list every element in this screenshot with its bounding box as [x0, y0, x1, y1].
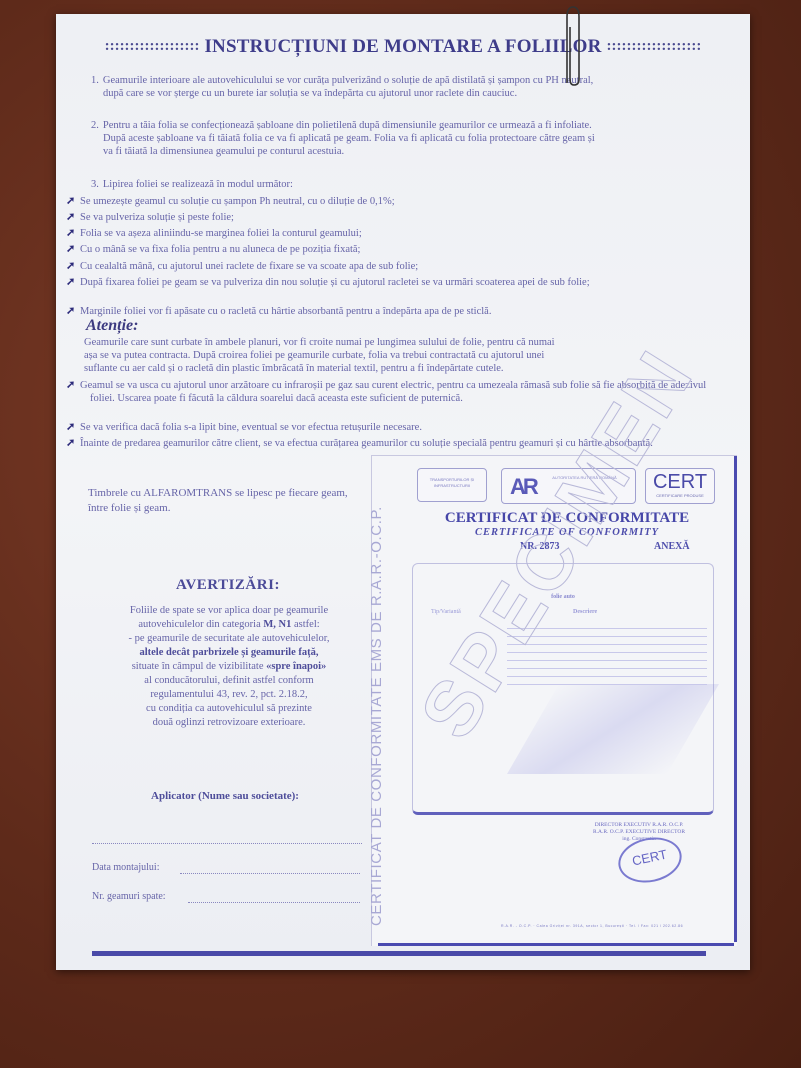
step-line: Pentru a tăia folia se confecționează șa…	[103, 120, 592, 131]
avertizari-line: regulamentului 43, rev. 2, pct. 2.18.2,	[86, 688, 372, 702]
avertizari-line: situate în câmpul de vizibilitate «spre …	[86, 660, 372, 674]
text: situate în câmpul de vizibilitate	[132, 661, 266, 672]
instruction-sheet: ::::::::::::::::::: INSTRUCȚIUNI DE MONT…	[56, 14, 750, 970]
bold-text: «spre înapoi»	[266, 661, 326, 672]
bullet-item: ➚Se va pulveriza soluție și peste folie;	[78, 211, 740, 224]
avertizari-line: autovehiculelor din categoria M, N1 astf…	[86, 618, 372, 632]
avertizari-body: Foliile de spate se vor aplica doar pe g…	[86, 604, 372, 730]
certificate-border	[378, 943, 734, 946]
column-header: Tip/Variantă	[431, 609, 461, 615]
timbrele-note: Timbrele cu ALFAROMTRANS se lipesc pe fi…	[88, 486, 358, 516]
avertizari-line: cu condiția ca autovehiculul să prezinte	[86, 702, 372, 716]
data-montaj-field[interactable]	[180, 873, 360, 874]
aplicator-label: Aplicator (Nume sau societate):	[86, 790, 364, 802]
bullet-text: Marginile foliei vor fi apăsate cu o rac…	[80, 306, 491, 317]
bullet-text: Se umezește geamul cu soluție cu șampon …	[80, 196, 395, 207]
bullet-item: ➚Cu o mână se va fixa folia pentru a nu …	[78, 243, 740, 256]
bullet-text: Se va verifica dacă folia s-a lipit bine…	[80, 422, 422, 433]
text: autovehiculelor din categoria	[138, 619, 263, 630]
category-text: M, N1	[263, 619, 291, 630]
bullet-item: ➚După fixarea foliei pe geam se va pulve…	[78, 276, 735, 289]
document-title: ::::::::::::::::::: INSTRUCȚIUNI DE MONT…	[70, 36, 736, 58]
certificate-anexa: ANEXĂ	[654, 541, 690, 552]
paperclip-icon	[561, 3, 581, 87]
certificate-of-conformity: CERTIFICAT DE CONFORMITATE EMS DE R.A.R.…	[371, 455, 737, 946]
certificate-footer: R.A.R. - O.C.P. · Calea Griviței nr. 391…	[472, 924, 712, 928]
cert-mark-icon: CERT	[646, 471, 714, 493]
step-line: Lipirea foliei se realizează în modul ur…	[103, 179, 293, 190]
ministry-logo: TRANSPORTURILOR ȘI INFRASTRUCTURII	[417, 468, 487, 502]
text: astfel:	[291, 619, 319, 630]
avertizari-line: al conducătorului, definit astfel confor…	[86, 674, 372, 688]
step-line: va fi tăiată la dimensiunea geamului pe …	[91, 145, 746, 158]
logo-text: CERTIFICARE PRODUSE	[646, 493, 714, 498]
avertizari-line: două oglinzi retrovizoare exterioare.	[86, 716, 372, 730]
director-title: DIRECTOR EXECUTIV R.A.R. O.C.P.	[584, 822, 694, 829]
bullet-item: ➚Cu cealaltă mână, cu ajutorul unei racl…	[78, 260, 740, 273]
avertizari-line: Foliile de spate se vor aplica doar pe g…	[86, 604, 372, 618]
data-montaj-label: Data montajului:	[92, 862, 160, 873]
step-number: 2.	[91, 120, 99, 131]
certificate-border	[734, 456, 737, 942]
nr-geamuri-label: Nr. geamuri spate:	[92, 891, 166, 902]
bottom-divider	[92, 951, 706, 956]
bold-text: altele decât parbrizele și geamurile faț…	[139, 647, 318, 658]
step-line: După aceste șabloane va fi tăiată folia …	[91, 132, 746, 145]
bullet-text: Cu o mână se va fixa folia pentru a nu a…	[80, 244, 360, 255]
step-1: 1.Geamurile interioare ale autovehiculul…	[91, 74, 741, 100]
step-2: 2.Pentru a tăia folia se confecționează …	[91, 119, 746, 158]
step-line: după care se vor șterge cu un burete iar…	[91, 87, 741, 100]
logo-text: TRANSPORTURILOR ȘI INFRASTRUCTURII	[430, 477, 475, 488]
avertizari-heading: AVERTIZĂRI:	[92, 577, 364, 594]
step-line: Geamurile interioare ale autovehiculului…	[103, 75, 593, 86]
bullet-item: ➚Marginile foliei vor fi apăsate cu o ra…	[78, 305, 740, 318]
rar-watermark-icon	[507, 684, 719, 774]
step-number: 1.	[91, 75, 99, 86]
certificate-vertical-text: CERTIFICAT DE CONFORMITATE EMS DE R.A.R.…	[368, 466, 385, 926]
title-dots-left: :::::::::::::::::::	[105, 38, 200, 54]
director-title-en: R.A.R. O.C.P. EXECUTIVE DIRECTOR	[584, 829, 694, 836]
bullet-text: Se va pulveriza soluție și peste folie;	[80, 212, 234, 223]
step-3-intro: 3.Lipirea foliei se realizează în modul …	[91, 178, 293, 191]
cert-logo: CERT CERTIFICARE PRODUSE	[645, 468, 715, 504]
avertizari-line: - pe geamurile de securitate ale autoveh…	[86, 632, 372, 646]
nr-geamuri-field[interactable]	[188, 902, 360, 903]
title-dots-right: :::::::::::::::::::	[606, 38, 701, 54]
bullet-text: Folia se va așeza aliniindu-se marginea …	[80, 228, 362, 239]
bullet-text: Cu cealaltă mână, cu ajutorul unei racle…	[80, 261, 418, 272]
bullet-text: După fixarea foliei pe geam se va pulver…	[80, 277, 590, 288]
atentie-heading: Atenție:	[86, 317, 138, 335]
bullet-item: ➚Se umezește geamul cu soluție cu șampon…	[78, 195, 740, 208]
aplicator-field[interactable]	[92, 843, 362, 844]
title-text: INSTRUCȚIUNI DE MONTARE A FOLIILOR	[204, 36, 601, 57]
avertizari-line: altele decât parbrizele și geamurile faț…	[86, 646, 372, 660]
step-number: 3.	[91, 179, 99, 190]
bullet-item: ➚Folia se va așeza aliniindu-se marginea…	[78, 227, 740, 240]
column-header: Descriere	[573, 609, 597, 615]
